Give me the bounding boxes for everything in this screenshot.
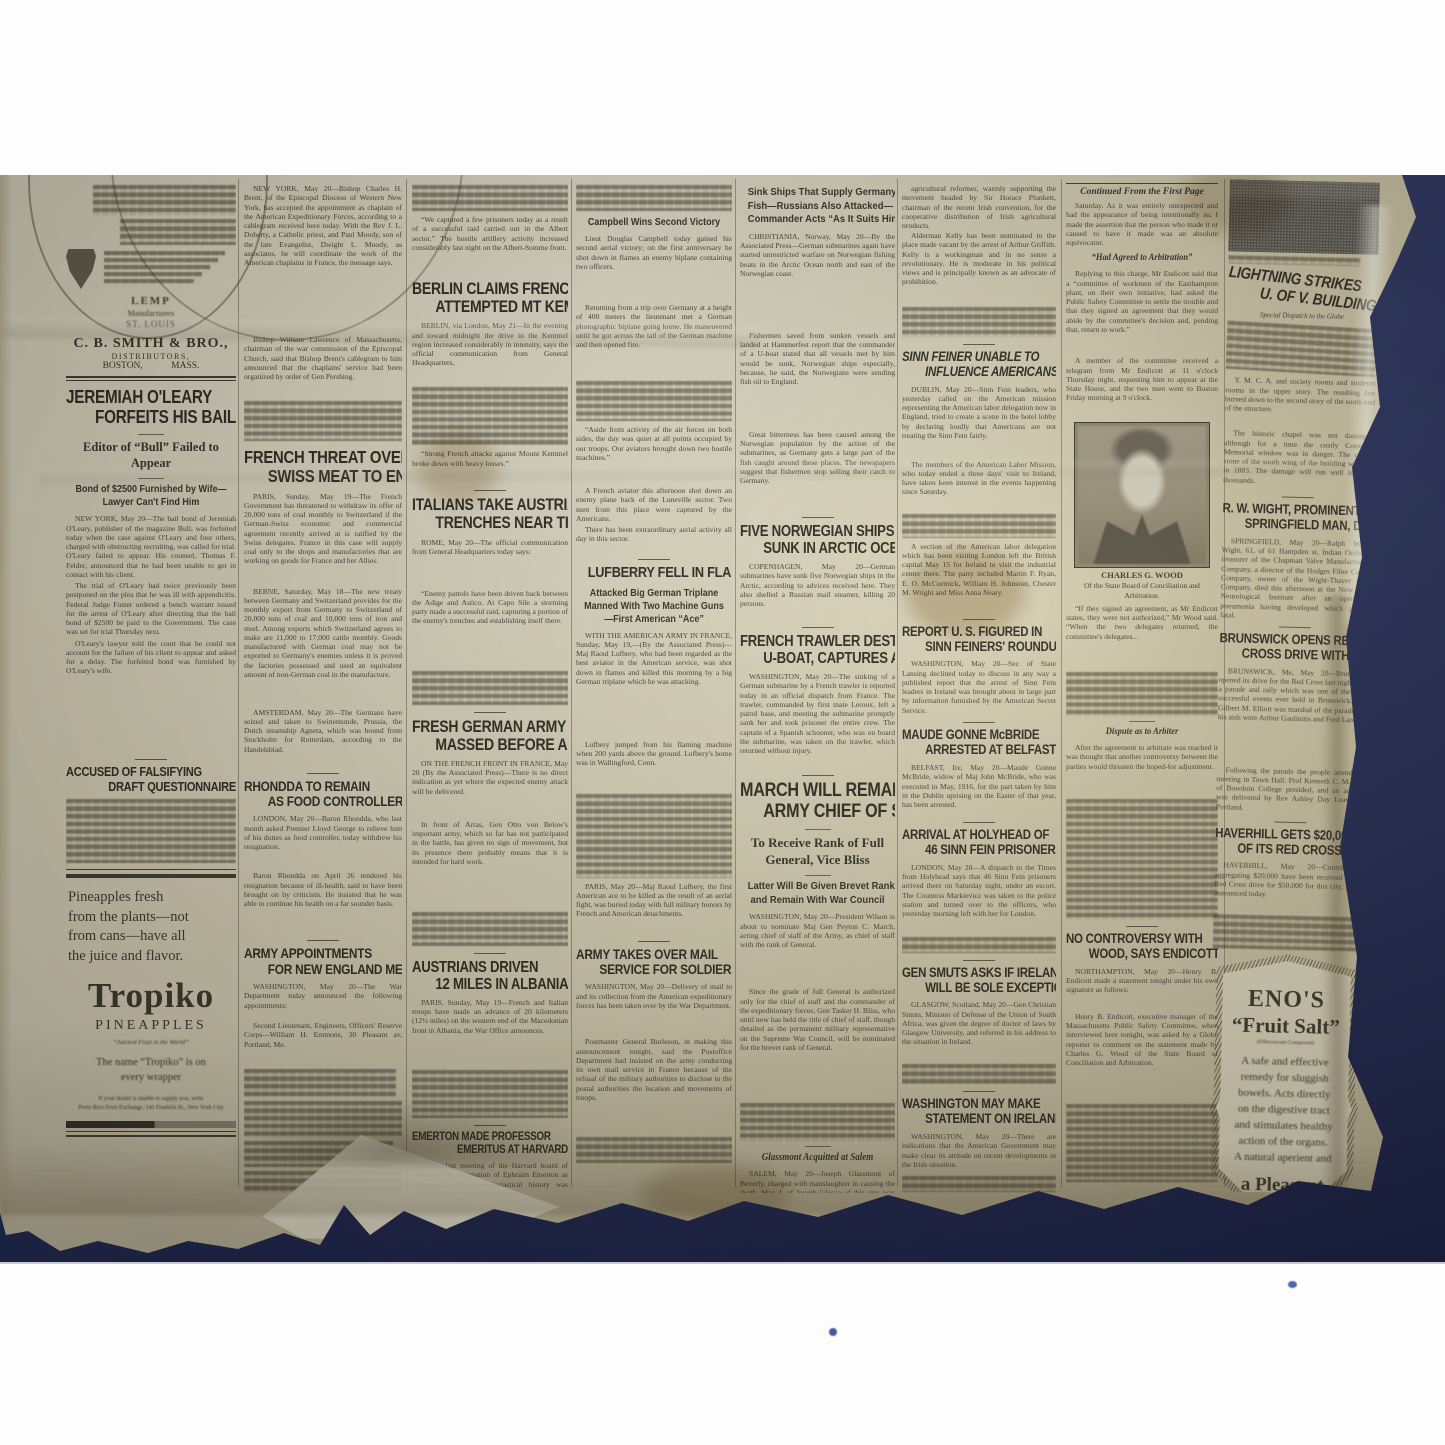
headline: REPORT U. S. FIGURED INSINN FEINERS' ROU… <box>902 619 1056 655</box>
greeked-text <box>1228 255 1360 266</box>
body-text: SALEM, May 20—Joseph Glassmont of Beverl… <box>740 1169 895 1193</box>
tropiko-wrapper-note: The name “Tropiko” is onevery wrapper <box>66 1056 236 1085</box>
headline: FIVE NORWEGIAN SHIPSSUNK IN ARCTIC OCEAN <box>740 517 895 557</box>
eno-brand-line: ENO'S <box>1232 986 1341 1015</box>
column-rule <box>1061 179 1062 1187</box>
ad-rule-bar-gradient <box>66 1121 236 1128</box>
headline: FRENCH TRAWLER DESTROYSU-BOAT, CAPTURES … <box>740 627 895 667</box>
headline: ARRIVAL AT HOLYHEAD OF46 SINN FEIN PRISO… <box>902 822 1056 858</box>
newspaper-column-6: agricultural reformer, warmly supporting… <box>902 181 1056 1193</box>
halftone-ad-remnant <box>1220 179 1380 254</box>
body-text: WASHINGTON, May 20—Delivery of mail to a… <box>576 982 732 1034</box>
newspaper-column-2: NEW YORK, May 20—Bishop Charles H. Brent… <box>244 181 402 1193</box>
greeked-text <box>1225 321 1378 378</box>
greeked-text <box>902 514 1056 538</box>
body-text: Postmaster General Burleson, in making t… <box>576 1037 732 1133</box>
body-text: CHRISTIANIA, Norway, May 20—By the Assoc… <box>740 232 895 328</box>
column-rule <box>735 179 736 1187</box>
product-photo-newspaper: LEMPManufacturersST. LOUISC. B. SMITH & … <box>0 0 1445 1445</box>
subheadline: Latter Will Be Given Brevet Rankand Rema… <box>740 875 895 907</box>
subheadline: Attacked Big German TriplaneManned With … <box>576 587 732 626</box>
headline: WASHINGTON MAY MAKESTATEMENT ON IRELAND <box>902 1091 1056 1127</box>
body-text: BELFAST, Ire, May 20—Maude Gonne McBride… <box>902 763 1056 815</box>
greeked-text <box>576 794 732 878</box>
body-text: agricultural reformer, warmly supporting… <box>902 184 1056 228</box>
body-text: NEW YORK, May 20—Bishop Charles H. Brent… <box>244 184 402 332</box>
continued-from-first-page: Continued From the First Page <box>1066 183 1218 197</box>
body-text: The historic chapel was not damaged, alt… <box>1223 429 1374 492</box>
body-text: The members of the American Labor Missio… <box>902 460 1056 510</box>
greeked-text <box>576 185 732 211</box>
body-text: Henry B. Endicott, executive manager of … <box>1066 1012 1218 1100</box>
ad-double-rule <box>66 1131 236 1137</box>
body-text: PARIS, May 20—Maj Raoul Lufbery, the fir… <box>576 882 732 934</box>
body-text: NEW YORK, May 20—The bail bond of Jeremi… <box>66 514 236 752</box>
headline: SINN FEINER UNABLE TOINFLUENCE AMERICANS <box>902 344 1056 380</box>
greeked-text <box>104 279 194 284</box>
greeked-text <box>412 912 568 946</box>
body-text: WASHINGTON, May 20—President Wilson is a… <box>740 912 895 984</box>
body-text: GLASGOW, Scotland, May 20—Gen Christian … <box>902 1000 1056 1060</box>
greeked-text <box>1066 799 1218 919</box>
greeked-text <box>412 185 568 211</box>
portrait-image <box>1078 426 1206 564</box>
eno-ad-copy: ENO'S“Fruit Salt”(Effervescent Compound)… <box>1212 960 1355 1195</box>
headline: R. W. WIGHT, PROMINENTSPRINGFIELD MAN, D… <box>1222 495 1373 534</box>
newspaper-page: LEMPManufacturersST. LOUISC. B. SMITH & … <box>0 175 1445 1263</box>
eno-laxative-line: a PleasantLaxative <box>1227 1173 1336 1194</box>
body-text: AMSTERDAM, May 20—The Germans have seize… <box>244 708 402 766</box>
greeked-text <box>244 1101 402 1137</box>
body-text: PARIS, Sunday, May 19—French and Italian… <box>412 998 568 1066</box>
headline: GEN SMUTS ASKS IF IRELANDWILL BE SOLE EX… <box>902 960 1056 996</box>
blue-speck <box>829 1328 837 1336</box>
body-text: WASHINGTON, May 20—The sinking of a Germ… <box>740 672 895 768</box>
photo-background-cloth: LEMPManufacturersST. LOUISC. B. SMITH & … <box>0 175 1445 1263</box>
greeked-text <box>104 265 210 270</box>
body-text: COPENHAGEN, May 20—German submarines hav… <box>740 562 895 620</box>
body-text: WASHINGTON, May 20—The War Department to… <box>244 982 402 1018</box>
newspaper-column-5: Sink Ships That Supply GermanyFish—Russi… <box>740 181 895 1193</box>
deck-subhead: Editor of “Bull” Failed toAppear <box>66 434 236 473</box>
body-text: Bishop William Lawrence of Massachusetts… <box>244 335 402 397</box>
body-text: Saturday. As it was entirely unexpected … <box>1066 201 1218 247</box>
body-text: ON THE FRENCH FRONT IN FRANCE, May 20 (B… <box>412 759 568 817</box>
body-text: Fishermen saved from sunken vessels and … <box>740 331 895 427</box>
headline: LUFBERRY FELL IN FLAMES <box>576 559 732 582</box>
greeked-text <box>902 307 1056 337</box>
distributor-imprint: C. B. SMITH & BRO.,DISTRIBUTORS,BOSTON, … <box>66 336 236 381</box>
subheadline: Dispute as to Arbiter <box>1066 721 1218 738</box>
body-text: PARIS, Sunday, May 19—The French Governm… <box>244 492 402 584</box>
ad-rule-bar <box>66 874 236 878</box>
body-text: DUBLIN, May 20—Sinn Fein leaders, who ye… <box>902 385 1056 457</box>
greeked-text <box>1213 914 1364 951</box>
column-rule <box>897 179 898 1187</box>
body-text: SPRINGFIELD, May 20—Ralph White Wight, 6… <box>1220 536 1372 621</box>
column-rule <box>238 179 239 1187</box>
greeked-text <box>576 1137 732 1163</box>
tropiko-lead-copy: Pineapples freshfrom the plants—notfrom … <box>66 888 236 966</box>
body-text: Alderman Kelly has been nominated to the… <box>902 231 1056 303</box>
body-text: ROME, May 20—The official communication … <box>412 538 568 586</box>
tropiko-fine-print: If your dealer is unable to supply you, … <box>66 1095 236 1113</box>
greeked-text <box>104 258 218 263</box>
shield-logo-icon <box>66 249 96 289</box>
body-text: Lieut Douglas Campbell today gained his … <box>576 234 732 300</box>
body-text: NORTHAMPTON, May 20—Henry B. Endicott ma… <box>1066 967 1218 1009</box>
headline: RHONDDA TO REMAINAS FOOD CONTROLLER <box>244 773 402 810</box>
body-text: Replying to this charge, Mr Endicott sai… <box>1066 269 1218 353</box>
body-text: “Strong French attacks against Mount Kem… <box>412 449 568 483</box>
greeked-text <box>244 1069 396 1097</box>
greeked-text <box>1066 1104 1218 1182</box>
body-text: HAVERHILL, May 20—Contributions aggregat… <box>1213 860 1364 913</box>
body-text: Lufbery jumped from his flaming machine … <box>576 740 732 790</box>
deck-subhead: To Receive Rank of FullGeneral, Vice Bli… <box>740 829 895 869</box>
headline: MAUDE GONNE McBRIDEARRESTED AT BELFAST <box>902 722 1056 758</box>
headline: NO CONTROVERSY WITHWOOD, SAYS ENDICOTT <box>1066 926 1218 962</box>
body-text: After the agreement to arbitrate was rea… <box>1066 743 1218 795</box>
subheadline: Glassmont Acquitted at Salem <box>740 1146 895 1164</box>
body-text: A member of the committee received a tel… <box>1066 356 1218 416</box>
headline: ARMY TAKES OVER MAILSERVICE FOR SOLDIERS <box>576 941 732 978</box>
tropiko-tagline: “Juiciest Fruit in the World” <box>66 1039 236 1046</box>
subheadline: “Had Agreed to Arbitration” <box>1066 252 1218 264</box>
greeked-text <box>412 671 568 705</box>
body-text: BERLIN, via London, May 21—In the evenin… <box>412 321 568 383</box>
headline: FRENCH THREAT OVERSWISS MEAT TO ENEMY <box>244 448 402 487</box>
lemp-ad-row <box>66 249 236 289</box>
eno-panel: ENO'S“Fruit Salt”(Effervescent Compound)… <box>1213 960 1355 1195</box>
newspaper-column-4: Campbell Wins Second VictoryLieut Dougla… <box>576 181 732 1193</box>
greeked-text <box>412 1070 568 1118</box>
body-text: Since the grade of full General is autho… <box>740 987 895 1099</box>
greeked-text <box>902 1176 1056 1192</box>
greeked-text <box>66 799 236 863</box>
greeked-text <box>104 272 202 277</box>
body-text: Baron Rhondda on April 26 tendered his r… <box>244 871 402 933</box>
photo-caption: CHARLES G. WOOD <box>1066 570 1218 581</box>
headline: JEREMIAH O'LEARYFORFEITS HIS BAIL <box>66 388 236 428</box>
eno-compound-line: (Effervescent Compound) <box>1231 1039 1339 1047</box>
body-text: WASHINGTON, May 20—Sec of State Lansing … <box>902 659 1056 715</box>
newspaper-column-3: “We captured a few prisoners today as a … <box>412 181 568 1193</box>
greeked-text <box>93 185 236 215</box>
body-text: “If they signed an agreement, as Mr Endi… <box>1066 604 1218 668</box>
headline: MARCH WILL REMAINARMY CHIEF OF STAFF <box>740 775 895 823</box>
greeked-text <box>740 1103 895 1141</box>
greeked-text <box>576 381 732 421</box>
headline: BRUNSWICK OPENS REDCROSS DRIVE WITH PARA… <box>1219 625 1370 664</box>
newspaper-column-8: LIGHTNING STRIKESU. OF V. BUILDINGSpecia… <box>1207 179 1380 1194</box>
blue-speck <box>1288 1281 1297 1288</box>
eno-product-line: “Fruit Salt” <box>1232 1013 1341 1040</box>
greeked-text <box>244 401 402 441</box>
headline: ARMY APPOINTMENTSFOR NEW ENGLAND MEN <box>244 940 402 977</box>
lemp-united-fruit-ad: LEMPManufacturersST. LOUIS <box>66 249 236 330</box>
column-rule <box>571 179 572 1187</box>
column-rule <box>406 179 407 1187</box>
enos-fruit-salt-ad: ENO'S“Fruit Salt”(Effervescent Compound)… <box>1207 952 1362 1194</box>
headline: FRESH GERMAN ARMYMASSED BEFORE ARRAS <box>412 712 568 754</box>
headline: ITALIANS TAKE AUSTRIANTRENCHES NEAR THE … <box>412 490 568 532</box>
subheadline: Bond of $2500 Furnished by Wife—Lawyer C… <box>66 478 236 509</box>
newspaper-column-7: Continued From the First PageSaturday. A… <box>1066 181 1218 1193</box>
greeked-text <box>902 937 1056 953</box>
newspaper-column-1: LEMPManufacturersST. LOUISC. B. SMITH & … <box>66 181 236 1193</box>
portrait-photo <box>1074 422 1210 568</box>
photo-caption: Of the State Board of Conciliation andAr… <box>1066 581 1218 601</box>
body-text: WASHINGTON, May 20—There are indications… <box>902 1132 1056 1172</box>
body-text: BERNE, Saturday, May 18—The new treaty b… <box>244 587 402 705</box>
body-text: Y. M. C. A. and society rooms and studen… <box>1224 376 1375 429</box>
tropiko-brand-wordmark: Tropiko <box>66 976 236 1016</box>
headline: BERLIN CLAIMS FRENCHATTEMPTED MT KEMMEL <box>412 280 568 316</box>
headline: LIGHTNING STRIKESU. OF V. BUILDING <box>1226 264 1379 315</box>
headline: EMERTON MADE PROFESSOREMERITUS AT HARVAR… <box>412 1125 568 1156</box>
body-text: At the last meeting of the Harvard board… <box>412 1161 568 1193</box>
lemp-brand-lines: LEMPManufacturersST. LOUIS <box>66 295 236 330</box>
headline: ACCUSED OF FALSIFYINGDRAFT QUESTIONNAIRE <box>66 759 236 794</box>
greeked-text <box>120 219 236 245</box>
eno-body-copy: A safe and effectiveremedy for sluggishb… <box>1229 1054 1340 1168</box>
body-text: “Aside from activity of the air forces o… <box>576 425 732 483</box>
subheadline: Campbell Wins Second Victory <box>576 216 732 229</box>
greeked-text <box>244 1171 402 1193</box>
tropiko-product-line: PINEAPPLES <box>66 1018 236 1034</box>
body-text: BRUNSWICK, Me, May 20—Brunswick opened i… <box>1217 666 1369 765</box>
greeked-text <box>244 1141 393 1167</box>
subheadline: Sink Ships That Supply GermanyFish—Russi… <box>740 186 895 227</box>
page-content: LEMPManufacturersST. LOUISC. B. SMITH & … <box>0 175 1445 1263</box>
tropiko-pineapples-ad: Pineapples freshfrom the plants—notfrom … <box>66 869 236 1137</box>
body-text: A French aviator this afternoon shot dow… <box>576 486 732 552</box>
body-text: Following the parade the people attended… <box>1216 765 1367 816</box>
body-text: Great bitterness has been caused among t… <box>740 430 895 510</box>
greeked-text <box>1066 672 1218 716</box>
body-text: LONDON, May 20—A dispatch to the Times f… <box>902 863 1056 933</box>
body-text: A section of the American labor delegati… <box>902 542 1056 612</box>
body-text: Returning from a trip over Germany at a … <box>576 303 732 377</box>
body-text: Second Lieutenant, Engineers, Officers' … <box>244 1021 402 1065</box>
body-text: “We captured a few prisoners today as a … <box>412 215 568 273</box>
greeked-text <box>902 1064 1056 1084</box>
headline: AUSTRIANS DRIVEN12 MILES IN ALBANIA <box>412 953 568 993</box>
body-text: LONDON, May 20—Baron Rhondda, who last m… <box>244 814 402 868</box>
greeked-text <box>104 251 225 256</box>
body-text: WITH THE AMERICAN ARMY IN FRANCE, Sunday… <box>576 631 732 737</box>
lemp-ad-small-print <box>104 249 236 286</box>
body-text: “Enemy patrols have been driven back bet… <box>412 589 568 667</box>
headline: HAVERHILL GETS $20,000OF ITS RED CROSS Q… <box>1215 820 1366 859</box>
body-text: In front of Arras, Gen Otto von Below's … <box>412 820 568 908</box>
greeked-text <box>412 387 568 445</box>
